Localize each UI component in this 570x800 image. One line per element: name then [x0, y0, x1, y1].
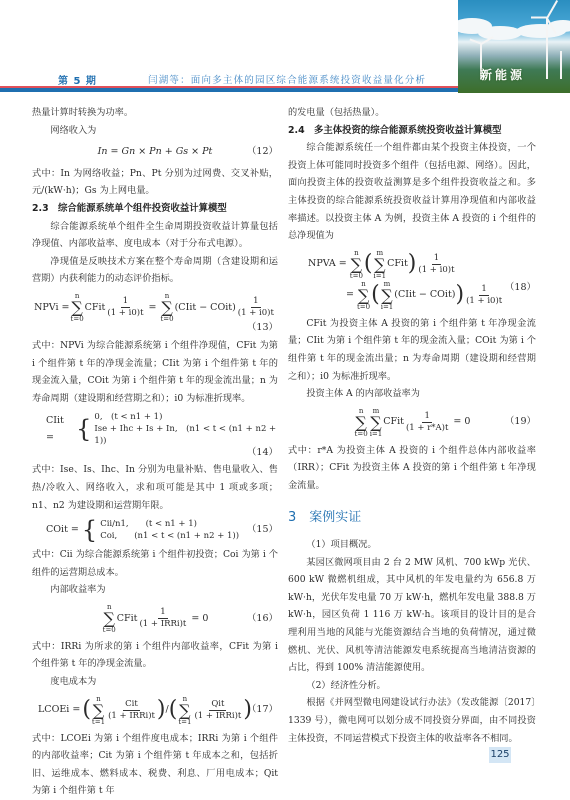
paragraph: 式中：Ise、Is、Ihc、In 分别为电量补贴、售电量收入、售热/冷收入、网络…	[32, 461, 278, 514]
equation-18: NPVA = n∑t=0 ( m∑i=1 CFit ) 1(1 + i0)t =…	[288, 249, 536, 311]
paragraph: 网络收入为	[32, 122, 278, 140]
paragraph: 根据《并网型微电网建设试行办法》（发改能源〔2017〕1339 号），微电网可以…	[288, 694, 536, 747]
paragraph: CFit 为投资主体 A 投资的第 i 个组件第 t 年净现金流量；CIit 为…	[288, 315, 536, 385]
header-rule-blue	[0, 88, 458, 92]
paragraph: 式中：Cii 为综合能源系统第 i 个组件初投资；Coi 为第 i 个组件的运营…	[32, 546, 278, 581]
paragraph: （2）经济性分析。	[288, 677, 536, 695]
paragraph: （1）项目概况。	[288, 536, 536, 554]
equation-17: LCOEi = ( n∑t=1 Cit(1 + IRRi)t ) / ( n∑t…	[32, 695, 278, 726]
paragraph: 式中：IRRi 为所求的第 i 个组件内部收益率，CFit 为第 i 个组件第 …	[32, 638, 278, 673]
equation-12: In = Gn × Pn + Gs × Pt （12）	[32, 143, 278, 161]
equation-13: NPVi = n∑t=0 CFit 1(1 + i0)t = n∑t=0 (CI…	[32, 292, 278, 323]
paragraph: 综合能源系统单个组件全生命周期投资收益计算量包括净现值、内部收益率、度电成本（对…	[32, 218, 278, 253]
equation-body: In = Gn × Pn + Gs × Pt	[98, 143, 213, 161]
paragraph: 度电成本为	[32, 673, 278, 691]
equation-number: （19）	[505, 413, 536, 431]
banner-label: 新能源	[480, 66, 525, 83]
equation-number: （13）	[247, 319, 278, 337]
paragraph: 热量计算时转换为功率。	[32, 104, 278, 122]
wind-turbine-banner-image: 新能源	[458, 0, 570, 93]
right-column: 的发电量（包括热量）。 2.4 多主体投资的综合能源系统投资收益计算模型 综合能…	[288, 104, 536, 747]
paragraph: 式中：In 为网络收益；Pn、Pt 分别为过网费、交叉补贴，元/(kW·h)；G…	[32, 165, 278, 200]
paragraph: 净现值是反映技术方案在整个寿命周期（含建设期和运营期）内获利能力的动态评价指标。	[32, 253, 278, 288]
summation-symbol: n∑t=0	[71, 292, 84, 323]
equation-number: （12）	[247, 143, 278, 161]
page-number: 125	[489, 747, 511, 763]
running-title: 闫湖等：面向多主体的园区综合能源系统投资收益量化分析	[148, 72, 426, 86]
section-heading-2-4: 2.4 多主体投资的综合能源系统投资收益计算模型	[288, 122, 536, 140]
issue-number: 第 5 期	[58, 72, 97, 87]
equation-16: n∑t=0 CFit 1(1 + IRRi)t = 0 （16）	[32, 603, 278, 634]
equation-number: （16）	[247, 610, 278, 628]
paragraph: 投资主体 A 的内部收益率为	[288, 385, 536, 403]
left-column: 热量计算时转换为功率。 网络收入为 In = Gn × Pn + Gs × Pt…	[32, 104, 278, 800]
section-heading-3: 3 案例实证	[288, 509, 536, 527]
equation-number: （17）	[247, 701, 278, 719]
summation-symbol: n∑t=0	[160, 292, 173, 323]
paragraph: 某园区微网项目由 2 台 2 MW 风机、700 kWp 光伏、600 kW 微…	[288, 554, 536, 677]
paragraph: 式中：LCOEi 为第 i 个组件度电成本；IRRi 为第 i 个组件的内部收益…	[32, 730, 278, 800]
paragraph: 内部收益率为	[32, 581, 278, 599]
paragraph: 综合能源系统任一个组件都由某个投资主体投资，一个投资上体可能同时投资多个组件（包…	[288, 139, 536, 245]
equation-number: （18）	[505, 279, 536, 297]
equation-number: （15）	[247, 521, 278, 539]
paragraph: 式中：NPVi 为综合能源系统第 i 个组件净现值，CFit 为第 i 个组件第…	[32, 337, 278, 407]
section-heading-2-3: 2.3 综合能源系统单个组件投资收益计算模型	[32, 200, 278, 218]
equation-number: （14）	[247, 444, 278, 462]
paragraph: 的发电量（包括热量）。	[288, 104, 536, 122]
paragraph: 式中：r*A 为投资主体 A 投资的 i 个组件总体内部收益率（IRR）；CFi…	[288, 442, 536, 495]
equation-15: COit = { Cii/n1, (t < n1 + 1)Coi, (n1 < …	[32, 518, 278, 542]
equation-19: n∑t=0 m∑i=1 CFit 1(1 + r*A)t = 0 （19）	[288, 407, 536, 438]
equation-14: CIit = { 0, (t < n1 + 1)Ise + Ihc + Is +…	[32, 411, 278, 447]
